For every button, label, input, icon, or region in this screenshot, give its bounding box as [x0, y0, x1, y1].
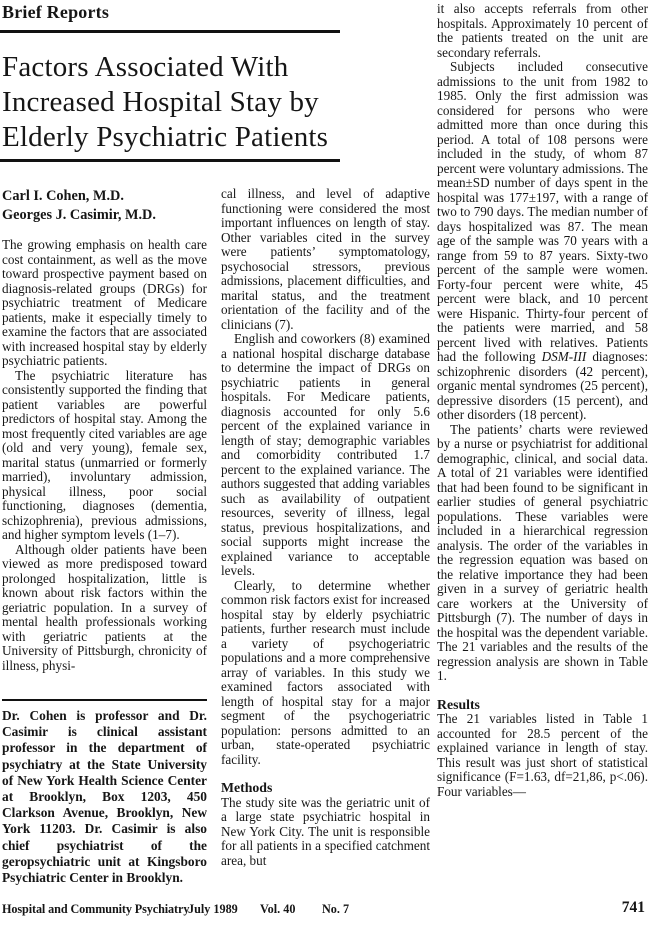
paragraph-literature: The psychiatric literature has consisten… — [2, 369, 207, 543]
author-name-1: Carl I. Cohen, M.D. — [2, 187, 207, 206]
paragraph-clearly: Clearly, to determine whether common ris… — [221, 579, 430, 768]
paragraph-study-site: The study site was the geriatric unit of… — [221, 796, 430, 869]
header-rule — [0, 30, 340, 33]
footer-volume: Vol. 40 — [260, 902, 295, 917]
section-kicker: Brief Reports — [2, 2, 109, 23]
paragraph-intro: The growing emphasis on health care cost… — [2, 238, 207, 369]
footer-page-number: 741 — [622, 899, 645, 917]
author-name-2: Georges J. Casimir, M.D. — [2, 206, 207, 225]
results-heading: Results — [437, 698, 648, 713]
paragraph-adaptive-functioning: cal illness, and level of adaptive funct… — [221, 187, 430, 332]
article-title-line-2: Increased Hospital Stay by — [2, 85, 432, 120]
title-rule — [0, 159, 340, 162]
paragraph-results: The 21 variables listed in Table 1 accou… — [437, 712, 648, 799]
paragraph-subjects: Subjects included consecutive admissions… — [437, 60, 648, 423]
article-title: Factors Associated With Increased Hospit… — [2, 50, 432, 155]
article-title-line-3: Elderly Psychiatric Patients — [2, 120, 432, 155]
methods-heading: Methods — [221, 781, 430, 796]
column-left: Carl I. Cohen, M.D. Georges J. Casimir, … — [2, 187, 207, 697]
paragraph-referrals: it also accepts referrals from other hos… — [437, 2, 648, 60]
footer-issue: No. 7 — [322, 902, 349, 917]
paragraph-chart-review: The patients’ charts were reviewed by a … — [437, 423, 648, 684]
footer-journal-name: Hospital and Community Psychiatry — [2, 902, 189, 917]
dsm-iii-italic: DSM-III — [542, 349, 587, 364]
article-title-line-1: Factors Associated With — [2, 50, 432, 85]
paragraph-older-patients: Although older patients have been viewed… — [2, 543, 207, 674]
subjects-text-before: Subjects included consecutive admissions… — [437, 59, 648, 364]
author-list: Carl I. Cohen, M.D. Georges J. Casimir, … — [2, 187, 207, 225]
column-right: it also accepts referrals from other hos… — [437, 2, 648, 905]
footer-date: July 1989 — [188, 902, 238, 917]
author-affiliation-footnote: Dr. Cohen is professor and Dr. Casimir i… — [2, 699, 207, 886]
column-middle: cal illness, and level of adaptive funct… — [221, 187, 430, 927]
journal-page: Brief Reports Factors Associated With In… — [0, 0, 650, 931]
page-footer: Hospital and Community Psychiatry July 1… — [0, 899, 650, 919]
paragraph-english-coworkers: English and coworkers (8) examined a nat… — [221, 332, 430, 579]
